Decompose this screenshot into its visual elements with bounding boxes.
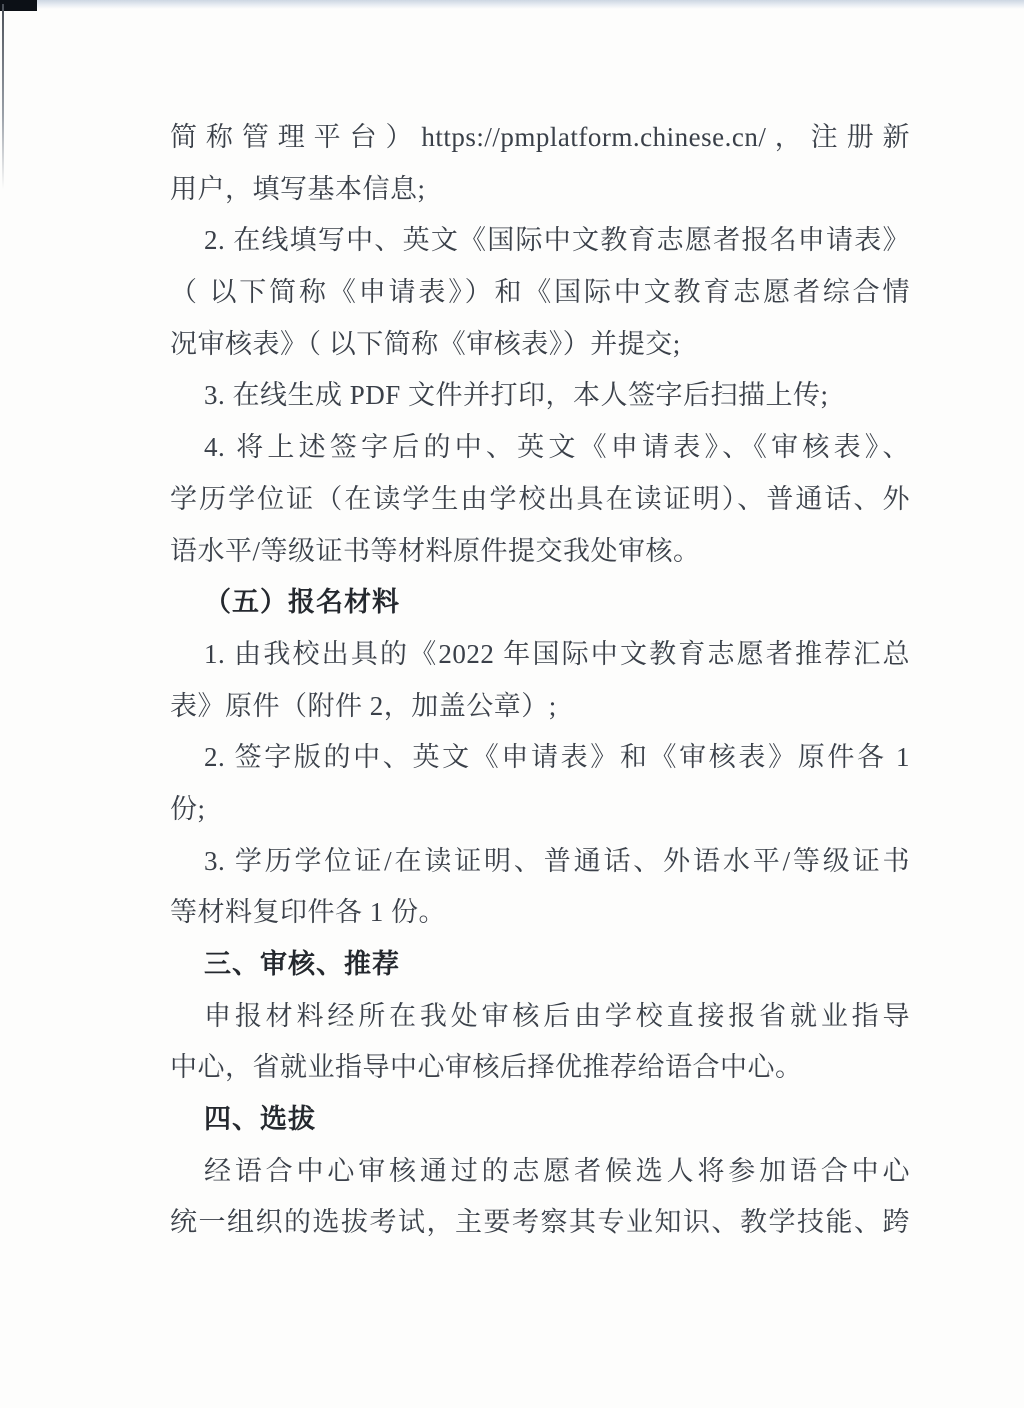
text-line: 学历学位证（在读学生由学校出具在读证明）、普通话、外 — [170, 474, 910, 526]
text-line: 经语合中心审核通过的志愿者候选人将参加语合中心 — [170, 1146, 910, 1198]
section-heading: 三、审核、推荐 — [170, 939, 910, 991]
text-line: 4. 将上述签字后的中、英文《申请表》、《审核表》、 — [170, 422, 910, 474]
section-heading: 四、选拔 — [170, 1094, 910, 1146]
text-line: 语水平/等级证书等材料原件提交我处审核。 — [170, 526, 910, 578]
text-line: （ 以下简称《申请表》）和《国际中文教育志愿者综合情 — [170, 267, 910, 319]
document-page: 简称管理平台）https://pmplatform.chinese.cn/，注册… — [0, 0, 1024, 1408]
text-line: 2. 在线填写中、英文《国际中文教育志愿者报名申请表》 — [170, 215, 910, 267]
text-line: 况审核表》（ 以下简称《审核表》）并提交; — [170, 319, 910, 371]
scan-corner-mark — [0, 0, 37, 11]
text-line: 申报材料经所在我处审核后由学校直接报省就业指导 — [170, 991, 910, 1043]
document-text: 简称管理平台）https://pmplatform.chinese.cn/，注册… — [170, 112, 910, 1249]
section-heading: （五）报名材料 — [170, 577, 910, 629]
text-line: 用户，填写基本信息; — [170, 164, 910, 216]
text-line: 统一组织的选拔考试，主要考察其专业知识、教学技能、跨 — [170, 1197, 910, 1249]
text-line: 中心，省就业指导中心审核后择优推荐给语合中心。 — [170, 1042, 910, 1094]
text-line: 2. 签字版的中、英文《申请表》和《审核表》原件各 1 — [170, 732, 910, 784]
scan-left-edge-line — [2, 4, 4, 189]
text-line: 等材料复印件各 1 份。 — [170, 887, 910, 939]
text-line: 1. 由我校出具的《2022 年国际中文教育志愿者推荐汇总 — [170, 629, 910, 681]
text-line: 3. 学历学位证/在读证明、普通话、外语水平/等级证书 — [170, 836, 910, 888]
scan-top-edge-band — [0, 0, 1024, 9]
text-line: 份; — [170, 784, 910, 836]
text-line: 表》原件（附件 2，加盖公章）; — [170, 681, 910, 733]
text-line: 3. 在线生成 PDF 文件并打印，本人签字后扫描上传; — [170, 370, 910, 422]
text-line: 简称管理平台）https://pmplatform.chinese.cn/，注册… — [170, 112, 910, 164]
